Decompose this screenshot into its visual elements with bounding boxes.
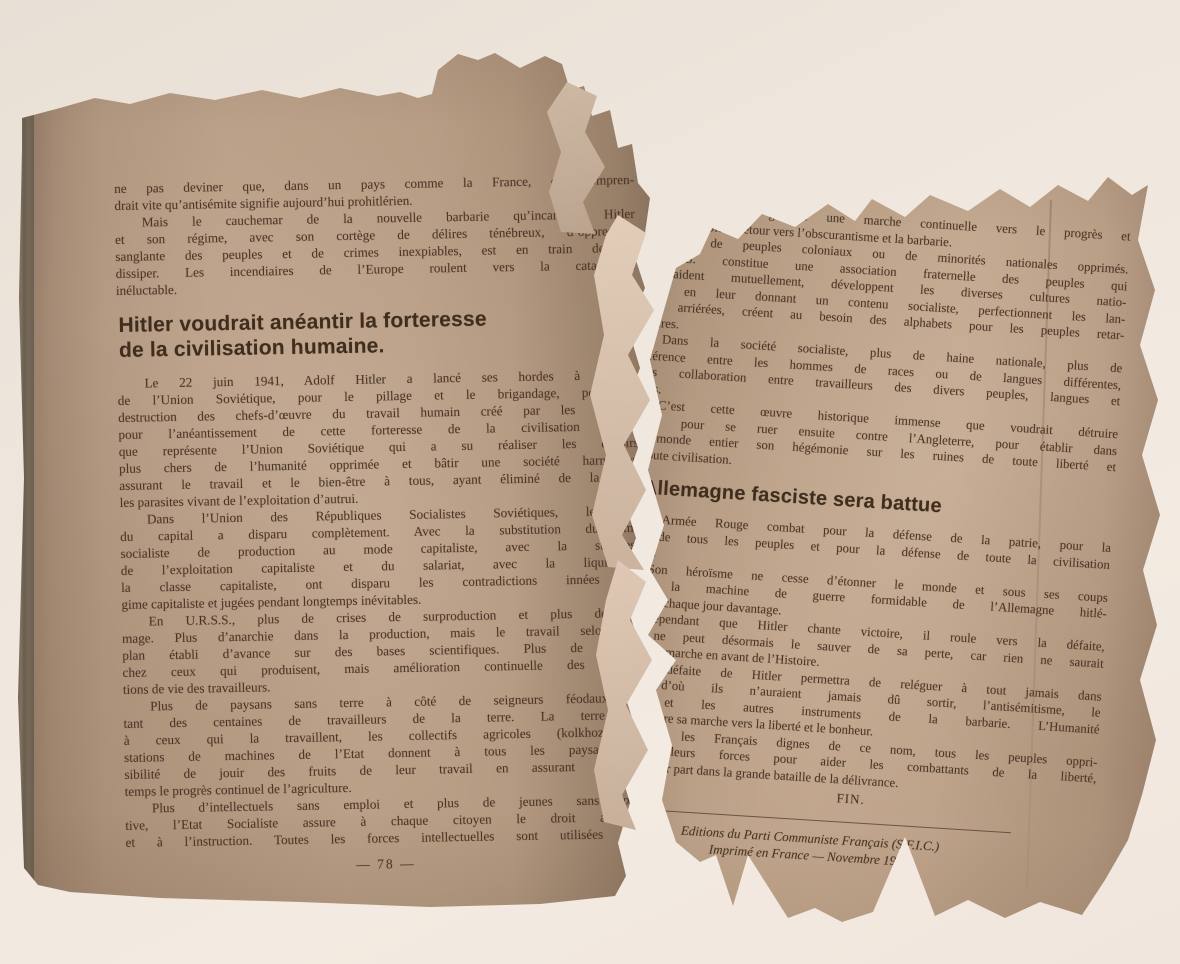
paragraph: Le 22 juin 1941, Adolf Hitler a lancé se… bbox=[117, 366, 639, 511]
left-page-text: ne pas deviner que, dans un pays comme l… bbox=[114, 171, 646, 877]
paragraph: Plus d’intellectuels sans emploi et plus… bbox=[125, 791, 646, 851]
torn-paper-fragment bbox=[588, 215, 666, 575]
page-number: — 78 — bbox=[126, 851, 646, 877]
left-paragraphs-bottom: Le 22 juin 1941, Adolf Hitler a lancé se… bbox=[117, 366, 645, 851]
imprint-block: Editions du Parti Communiste Français (S… bbox=[609, 807, 1011, 877]
right-page: nement, ce qui garantit une marche conti… bbox=[598, 140, 1170, 940]
photo-open-booklet: ne pas deviner que, dans un pays comme l… bbox=[0, 0, 1180, 964]
right-paragraphs-top: nement, ce qui garantit une marche conti… bbox=[627, 198, 1131, 492]
right-page-text: nement, ce qui garantit une marche conti… bbox=[603, 198, 1131, 882]
paragraph: Dans l’Union des Républiques Socialistes… bbox=[120, 502, 642, 613]
left-page-heading: Hitler voudrait anéantir la forteresse d… bbox=[118, 304, 637, 363]
paragraph: En U.R.S.S., plus de crises de surproduc… bbox=[122, 604, 643, 698]
right-paragraphs-bottom: L’Armée Rouge combat pour la défense de … bbox=[608, 509, 1112, 803]
paragraph: Plus de paysans sans terre à côté de sei… bbox=[123, 689, 645, 800]
